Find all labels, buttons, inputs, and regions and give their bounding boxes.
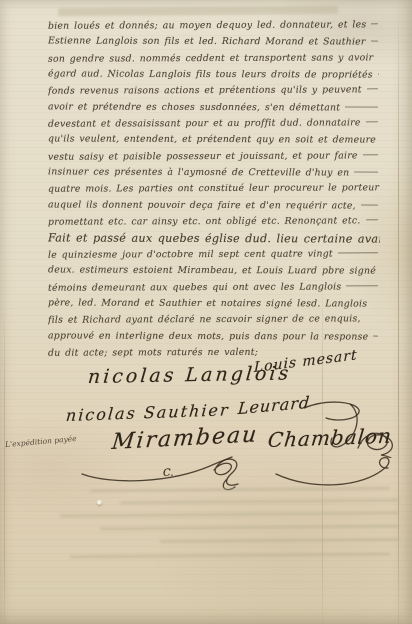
manuscript-line-text: Fait et passé aux quebes église dud. lie… (48, 232, 380, 246)
manuscript-body: bien loués et donnés; au moyen dequoy le… (48, 20, 380, 363)
line-end-dash (366, 219, 378, 220)
paper-hole (97, 500, 102, 505)
manuscript-line-text: auquel ils donnent pouvoir deça faire et… (48, 199, 356, 211)
line-end-dash (354, 172, 378, 173)
verso-ghost-line (160, 538, 400, 543)
manuscript-line-text: bien loués et donnés; au moyen dequoy le… (48, 19, 366, 31)
line-end-dash (367, 89, 378, 90)
signature-nicolas-sauthier: nicolas Sauthier (65, 400, 230, 425)
paper-crease-left (4, 300, 5, 624)
manuscript-line-text: témoins demeurant aux quebes qui ont ave… (48, 281, 341, 293)
manuscript-line: approuvé en interligne deux mots, puis d… (48, 330, 380, 348)
manuscript-line-text: deux. estimeurs estoient Mirambeau, et L… (48, 265, 380, 277)
manuscript-line: qu'ils veulent, entendent, et prétendent… (48, 134, 380, 152)
line-end-dash (361, 204, 378, 205)
manuscript-line: Estienne Langlois son fils et led. Richa… (48, 36, 380, 54)
manuscript-line: vestu saisy et paisible possesseur et jo… (48, 150, 380, 168)
verso-ghost-line (58, 6, 338, 16)
verso-ghost-line (70, 553, 390, 559)
marginal-note: L'expédition payée (5, 434, 77, 449)
manuscript-line: le quinziesme jour d'octobre mil sept ce… (48, 248, 380, 266)
line-end-dash (371, 41, 378, 42)
manuscript-line: avoir et prétendre es choses susdonnées,… (48, 101, 380, 119)
manuscript-line-text: fonds revenus raisons actions et prétent… (48, 85, 362, 97)
line-end-dash (366, 121, 378, 122)
manuscript-line: quatre mois. Les parties ont constitué l… (48, 183, 380, 201)
manuscript-line: égard aud. Nicolas Langlois fils tous le… (48, 68, 380, 86)
manuscript-line: fonds revenus raisons actions et prétent… (48, 85, 380, 103)
paper-crease-middle (322, 270, 323, 624)
manuscript-line-text: Estienne Langlois son fils et led. Richa… (48, 36, 366, 48)
verso-ghost-line (120, 499, 400, 504)
manuscript-line-text: qu'ils veulent, entendent, et prétendent… (48, 134, 376, 146)
manuscript-line-text: vestu saisy et paisible possesseur et jo… (48, 150, 358, 162)
manuscript-line-text: du dit acte; sept mots raturés ne valent… (48, 347, 258, 359)
manuscript-line: deux. estimeurs estoient Mirambeau, et L… (48, 265, 380, 283)
manuscript-line-text: devestant et dessaisissant pour et au pr… (48, 117, 361, 129)
line-end-dash (373, 335, 378, 336)
line-end-dash (345, 106, 378, 107)
manuscript-line: fils et Richard ayant déclaré ne scavoir… (48, 313, 380, 331)
manuscript-line-text: son gendre susd. nommés ceddent et trans… (48, 52, 373, 64)
verso-ghost-line (100, 525, 400, 531)
manuscript-line: bien loués et donnés; au moyen dequoy le… (48, 19, 380, 37)
manuscript-line-text: le quinziesme jour d'octobre mil sept ce… (48, 248, 333, 260)
line-end-dash (338, 252, 378, 253)
manuscript-line-text: avoir et prétendre es choses susdonnées,… (48, 101, 340, 113)
manuscript-line-text: égard aud. Nicolas Langlois fils tous le… (48, 68, 373, 80)
manuscript-line: témoins demeurant aux quebes qui ont ave… (48, 281, 380, 299)
manuscript-line-text: approuvé en interligne deux mots, puis d… (48, 330, 368, 342)
manuscript-line: Fait et passé aux quebes église dud. lie… (48, 232, 380, 250)
manuscript-line-text: promettant etc. car ainsy etc. ont oblig… (48, 215, 361, 227)
manuscript-line: auquel ils donnent pouvoir deça faire et… (48, 199, 380, 217)
manuscript-line-text: quatre mois. Les parties ont constitué l… (48, 183, 379, 195)
paper-crease-right (398, 0, 399, 624)
line-end-dash (363, 154, 378, 155)
manuscript-line-text: père, led. Morand et Sauthier et notaire… (48, 297, 367, 309)
manuscript-line-text: fils et Richard ayant déclaré ne scavoir… (48, 314, 361, 326)
manuscript-line: insinuer ces présentes à l'aymosné de Cr… (48, 167, 380, 185)
line-end-dash (371, 23, 378, 24)
manuscript-line: son gendre susd. nommés ceddent et trans… (48, 52, 380, 70)
manuscript-line: devestant et dessaisissant pour et au pr… (48, 117, 380, 135)
line-end-dash (346, 285, 378, 286)
manuscript-line: promettant etc. car ainsy etc. ont oblig… (48, 215, 380, 233)
manuscript-line: père, led. Morand et Sauthier et notaire… (48, 297, 380, 315)
paraph-flourish-mirambeau (78, 448, 250, 494)
manuscript-line-text: insinuer ces présentes à l'aymosné de Cr… (48, 167, 349, 179)
manuscript-page: bien loués et donnés; au moyen dequoy le… (0, 0, 412, 624)
verso-ghost-line (60, 512, 400, 518)
